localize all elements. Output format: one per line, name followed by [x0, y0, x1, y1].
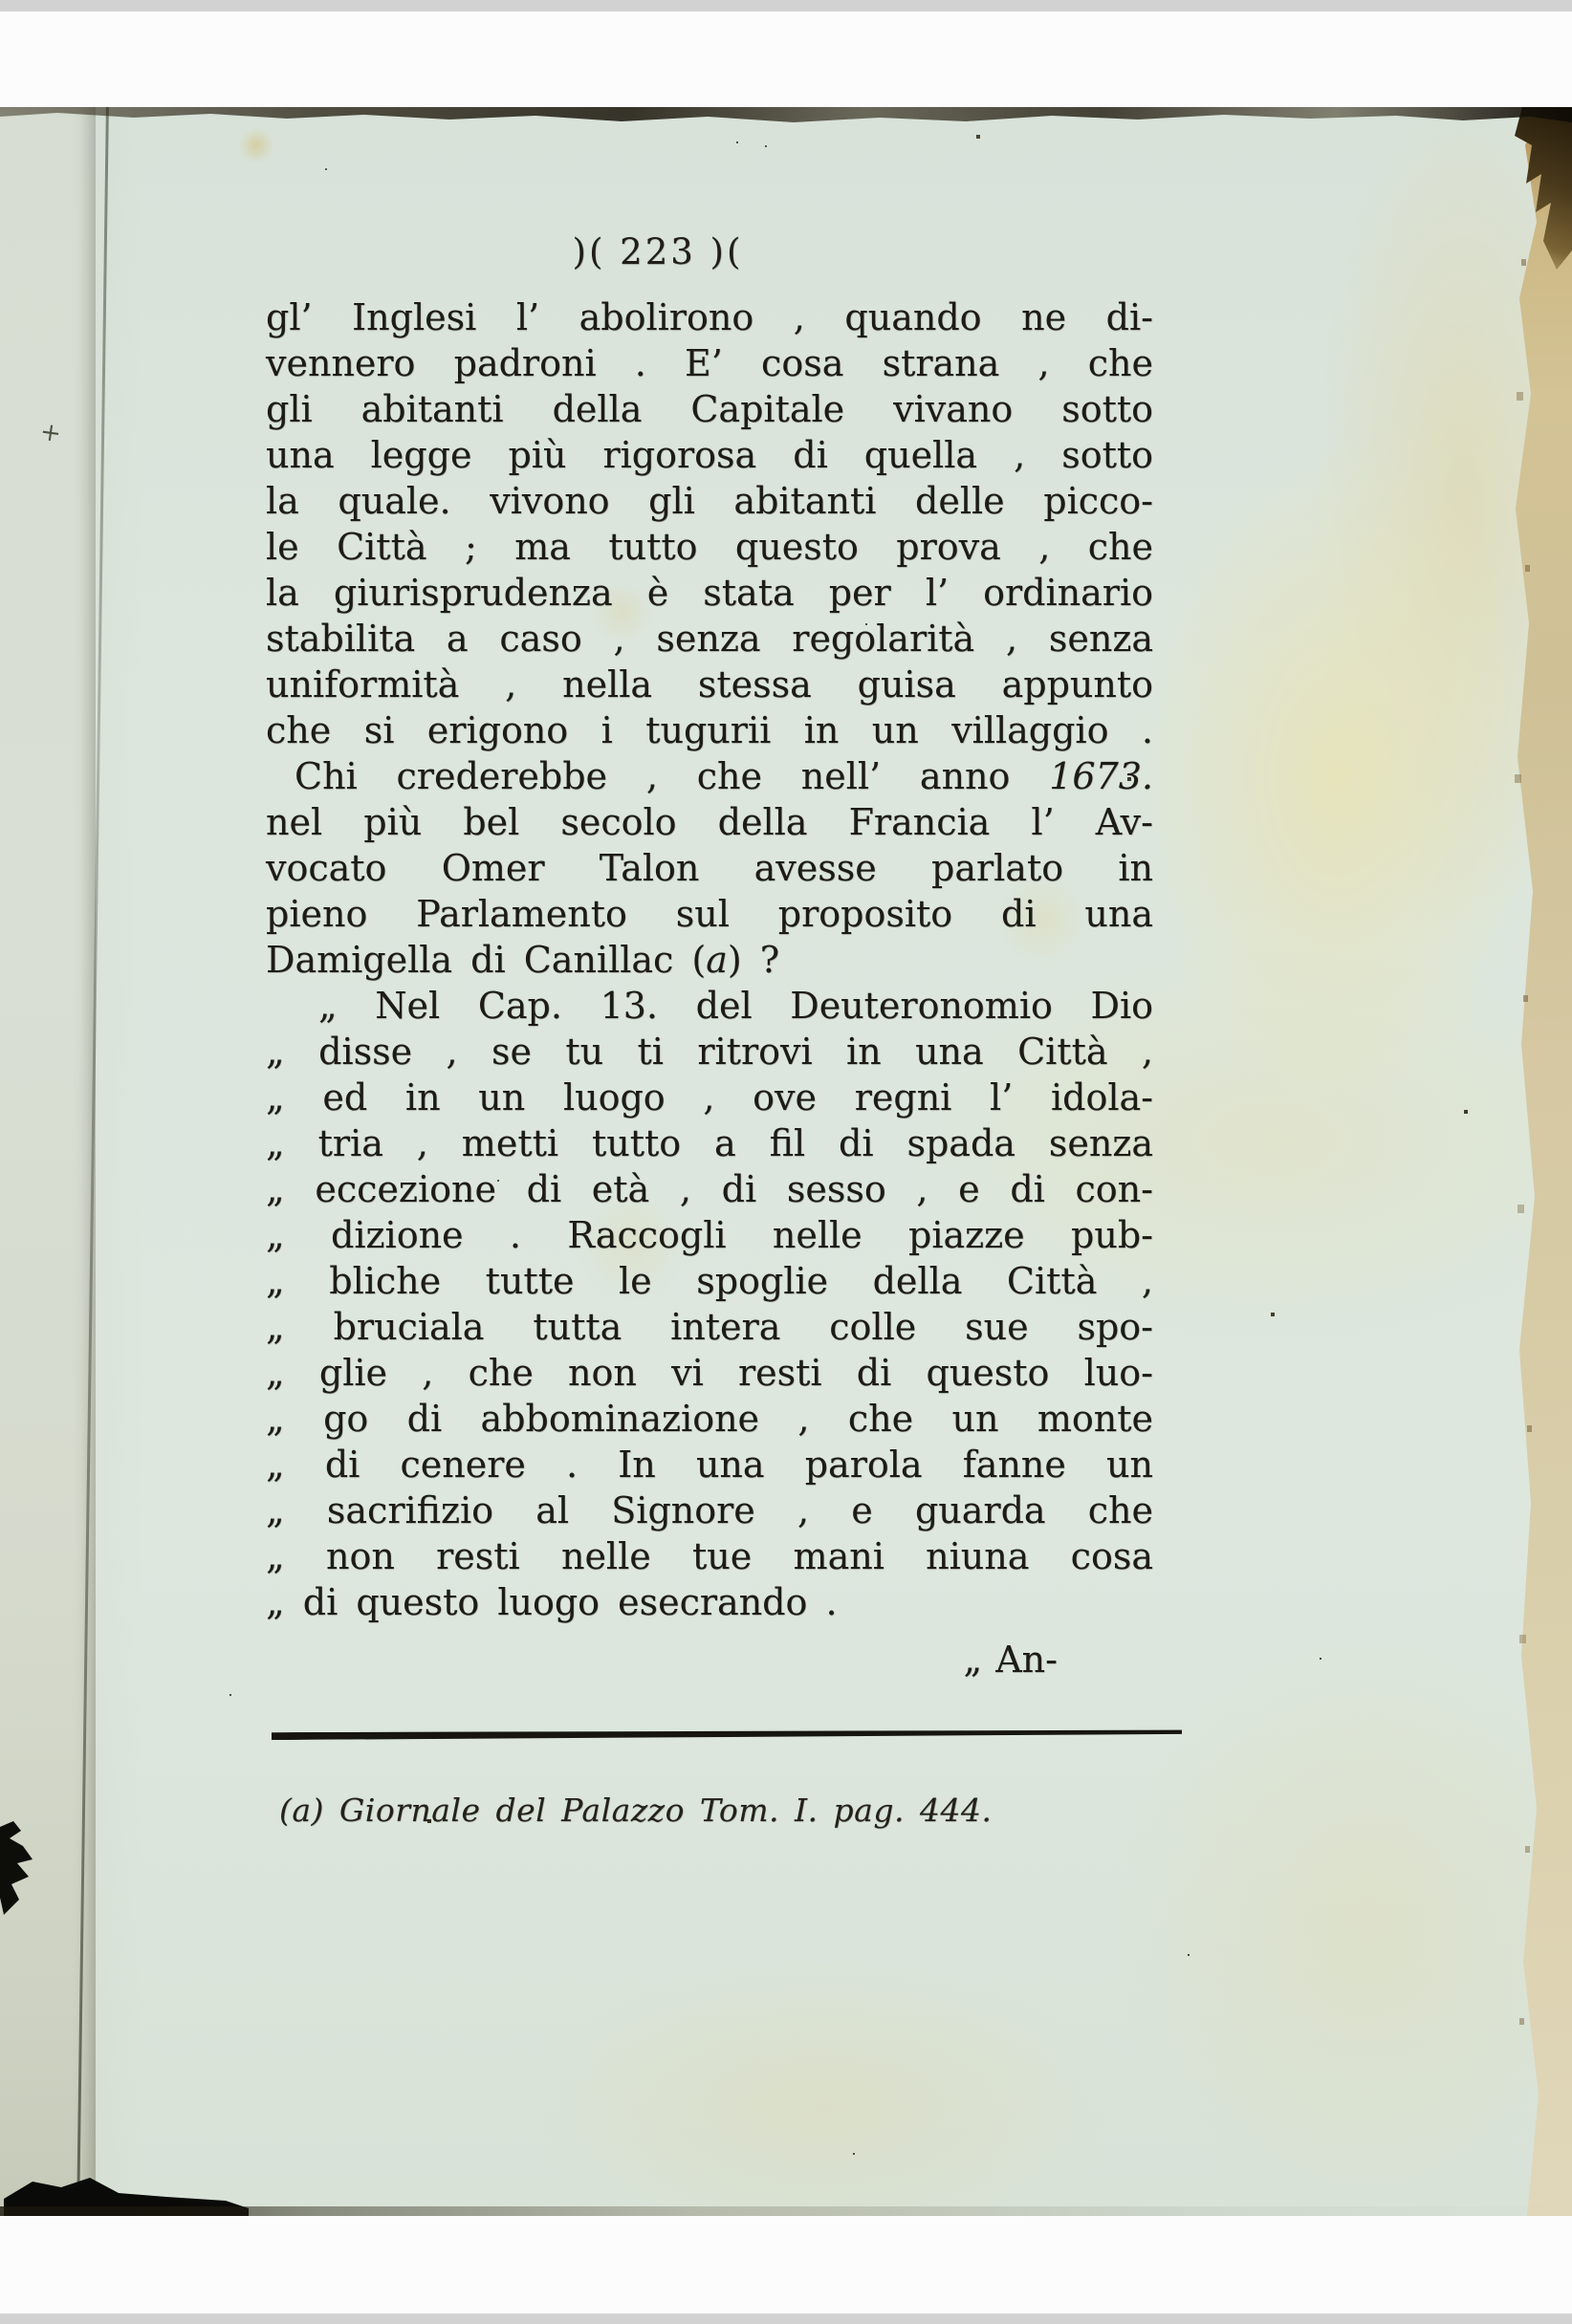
text-line: gli abitanti della Capitale vivano sotto [266, 386, 1153, 432]
italic-text-segment: 1673. [1049, 755, 1153, 797]
text-segment: che si erigono i tugurii in un villaggio… [266, 709, 1153, 751]
text-line: „ ed in un luogo , ove regni l’ idola- [266, 1075, 1153, 1120]
text-line: la giurisprudenza è stata per l’ ordinar… [266, 570, 1153, 616]
catchword: „ An- [266, 1637, 1153, 1683]
text-segment: stabilita a caso , senza regolarità , se… [266, 618, 1153, 660]
text-line: „ go di abbominazione , che un monte [266, 1396, 1153, 1442]
text-segment: „ disse , se tu ti ritrovi in una Città … [266, 1031, 1153, 1073]
text-line: nel più bel secolo della Francia l’ Av- [266, 799, 1153, 845]
italic-text-segment: a [706, 939, 728, 981]
text-segment: vocato Omer Talon avesse parlato in [266, 847, 1153, 889]
text-segment: ) ? [728, 939, 779, 981]
text-segment: pieno Parlamento sul proposito di una [266, 893, 1153, 935]
text-line: vocato Omer Talon avesse parlato in [266, 845, 1153, 891]
text-line: che si erigono i tugurii in un villaggio… [266, 707, 1153, 753]
text-segment: „ di questo luogo esecrando . [266, 1581, 838, 1623]
text-segment: „ go di abbominazione , che un monte [266, 1398, 1153, 1440]
text-segment: „ di cenere . In una parola fanne un [266, 1444, 1153, 1486]
text-line: Chi crederebbe , che nell’ anno 1673. [266, 753, 1153, 799]
text-segment: „ tria , metti tutto a fil di spada senz… [266, 1122, 1153, 1164]
text-line: stabilita a caso , senza regolarità , se… [266, 616, 1153, 662]
text-line: pieno Parlamento sul proposito di una [266, 891, 1153, 937]
screenshot-root: { "colors": { "paper": "#dce6dd", "ink":… [0, 0, 1572, 2324]
text-line: „ disse , se tu ti ritrovi in una Città … [266, 1029, 1153, 1075]
text-segment: la quale. vivono gli abitanti delle picc… [266, 480, 1153, 522]
text-segment: gl’ Inglesi l’ abolirono , quando ne di- [266, 296, 1153, 338]
text-segment: „ dizione . Raccogli nelle piazze pub- [266, 1214, 1153, 1256]
text-line: „ tria , metti tutto a fil di spada senz… [266, 1120, 1153, 1166]
text-segment: „ bruciala tutta intera colle sue spo- [266, 1306, 1153, 1348]
page-number-header: )( 223 )( [214, 231, 1102, 272]
text-segment: gli abitanti della Capitale vivano sotto [266, 388, 1153, 430]
text-line: „ di cenere . In una parola fanne un [266, 1442, 1153, 1488]
text-line: „ glie , che non vi resti di questo luo- [266, 1350, 1153, 1396]
text-segment: „ ed in un luogo , ove regni l’ idola- [266, 1076, 1153, 1119]
text-segment: Damigella di Canillac ( [266, 939, 706, 981]
text-line: „ bruciala tutta intera colle sue spo- [266, 1304, 1153, 1350]
text-line: Damigella di Canillac (a) ? [266, 937, 1153, 983]
text-segment: „ sacrifizio al Signore , e guarda che [266, 1489, 1153, 1531]
margin-plus-mark: + [38, 418, 63, 449]
text-line: „ bliche tutte le spoglie della Città , [266, 1258, 1153, 1304]
text-segment: uniformità , nella stessa guisa appunto [266, 663, 1153, 706]
footnote-rule [272, 1728, 1182, 1740]
text-line: gl’ Inglesi l’ abolirono , quando ne di- [266, 294, 1153, 340]
text-segment: la giurisprudenza è stata per l’ ordinar… [266, 572, 1153, 614]
text-segment: le Città ; ma tutto questo prova , che [266, 526, 1153, 568]
footnote: (a) Giornale del Palazzo Tom. I. pag. 44… [266, 1792, 1153, 1829]
text-segment: „ eccezione di età , di sesso , e di con… [266, 1168, 1153, 1210]
text-segment: „ bliche tutte le spoglie della Città , [266, 1260, 1153, 1302]
text-segment: „ non resti nelle tue mani niuna cosa [266, 1535, 1153, 1577]
body-lines: gl’ Inglesi l’ abolirono , quando ne di-… [266, 294, 1153, 1625]
page-bottom-edge [0, 2206, 1572, 2216]
text-line: uniformità , nella stessa guisa appunto [266, 662, 1153, 707]
text-line: vennero padroni . E’ cosa strana , che [266, 340, 1153, 386]
text-segment: una legge più rigorosa di quella , sotto [266, 434, 1153, 476]
text-segment: vennero padroni . E’ cosa strana , che [266, 342, 1153, 384]
text-segment: „ Nel Cap. 13. del Deuteronomio Dio [318, 985, 1153, 1027]
text-line: „ Nel Cap. 13. del Deuteronomio Dio [266, 983, 1153, 1029]
text-segment: Chi crederebbe , che nell’ anno [295, 755, 1049, 797]
text-line: „ dizione . Raccogli nelle piazze pub- [266, 1212, 1153, 1258]
text-block: gl’ Inglesi l’ abolirono , quando ne di-… [266, 294, 1153, 1829]
text-line: „ sacrifizio al Signore , e guarda che [266, 1488, 1153, 1533]
text-line: „ non resti nelle tue mani niuna cosa [266, 1533, 1153, 1579]
text-line: „ eccezione di età , di sesso , e di con… [266, 1166, 1153, 1212]
text-line: una legge più rigorosa di quella , sotto [266, 432, 1153, 478]
ink-specks [0, 107, 2, 109]
text-line: la quale. vivono gli abitanti delle picc… [266, 478, 1153, 524]
text-line: le Città ; ma tutto questo prova , che [266, 524, 1153, 570]
book-page-scan: + )( 223 )( gl’ Inglesi l’ abolirono , q… [0, 107, 1572, 2216]
text-line: „ di questo luogo esecrando . [266, 1579, 1153, 1625]
text-segment: nel più bel secolo della Francia l’ Av- [266, 801, 1153, 843]
text-segment: „ glie , che non vi resti di questo luo- [266, 1352, 1153, 1394]
